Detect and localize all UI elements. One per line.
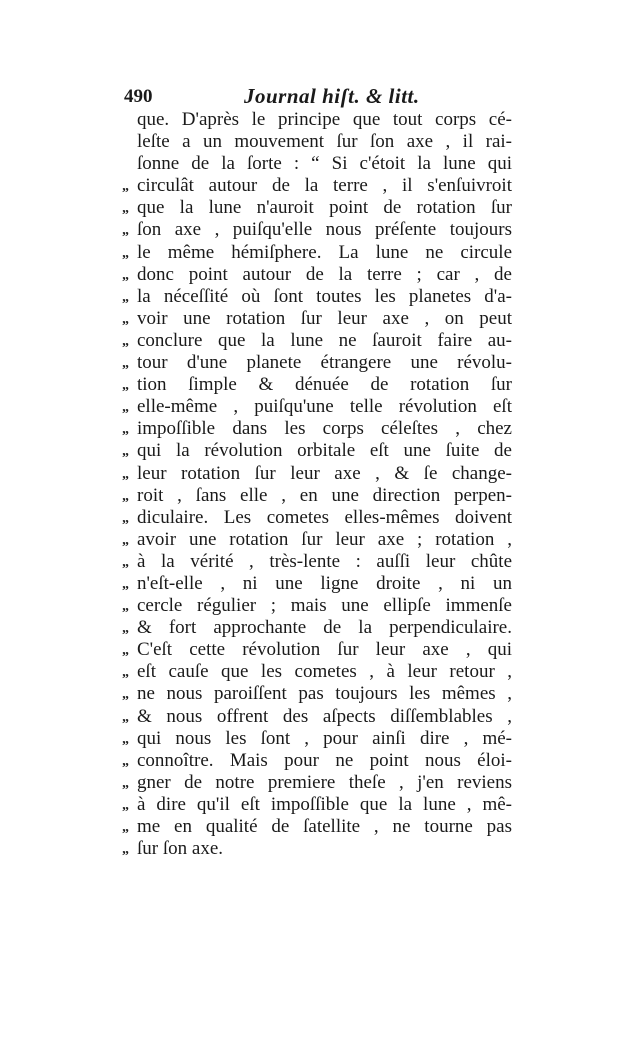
quote-mark: „ <box>122 287 136 309</box>
line-text: ſonne de la ſorte : “ Si c'étoit la lune… <box>137 153 512 175</box>
quote-mark: „ <box>122 220 136 242</box>
line-text: & fort approchante de la perpendiculaire… <box>137 617 512 639</box>
quote-mark: „ <box>122 552 136 574</box>
text-line: „que la lune n'auroit point de rotation … <box>122 197 512 219</box>
line-text: eſt cauſe que les cometes , à leur retou… <box>137 661 512 683</box>
quote-mark: „ <box>122 419 136 441</box>
quote-mark: „ <box>122 331 136 353</box>
quote-mark: „ <box>122 640 136 662</box>
text-line: „connoître. Mais pour ne point nous éloi… <box>122 750 512 772</box>
line-text: leſte a un mouvement ſur ſon axe , il ra… <box>137 131 512 153</box>
quote-mark: „ <box>122 817 136 839</box>
text-line: „qui nous les ſont , pour ainſi dire , m… <box>122 728 512 750</box>
text-line: „C'eſt cette révolution ſur leur axe , q… <box>122 639 512 661</box>
text-line: „avoir une rotation ſur leur axe ; rotat… <box>122 529 512 551</box>
page-header: 490 Journal hiſt. & litt. <box>124 84 508 110</box>
text-line: „leur rotation ſur leur axe , & ſe chang… <box>122 463 512 485</box>
line-text: à la vérité , très-lente : auſſi leur ch… <box>137 551 512 573</box>
quote-mark: „ <box>122 486 136 508</box>
line-text: me en qualité de ſatellite , ne tourne p… <box>137 816 512 838</box>
text-line: leſte a un mouvement ſur ſon axe , il ra… <box>122 131 512 153</box>
book-page: 490 Journal hiſt. & litt. que. D'après l… <box>0 0 640 1043</box>
text-line: „ſur ſon axe. <box>122 838 512 860</box>
line-text: diculaire. Les cometes elles-mêmes doive… <box>137 507 512 529</box>
text-line: „cercle régulier ; mais une ellipſe imme… <box>122 595 512 617</box>
line-text: roit , ſans elle , en une direction perp… <box>137 485 512 507</box>
text-line: „conclure que la lune ne ſauroit faire a… <box>122 330 512 352</box>
text-line: „n'eſt-elle , ni une ligne droite , ni u… <box>122 573 512 595</box>
text-line: „& nous offrent des aſpects diſſemblable… <box>122 706 512 728</box>
quote-mark: „ <box>122 441 136 463</box>
line-text: circulât autour de la terre , il s'enſui… <box>137 175 512 197</box>
text-line: „ne nous paroiſſent pas toujours les mêm… <box>122 683 512 705</box>
quote-mark: „ <box>122 773 136 795</box>
quote-mark: „ <box>122 729 136 751</box>
line-text: que la lune n'auroit point de rotation ſ… <box>137 197 512 219</box>
line-text: conclure que la lune ne ſauroit faire au… <box>137 330 512 352</box>
line-text: n'eſt-elle , ni une ligne droite , ni un <box>137 573 512 595</box>
quote-mark: „ <box>122 508 136 530</box>
text-line: „donc point autour de la terre ; car , d… <box>122 264 512 286</box>
line-text: & nous offrent des aſpects diſſemblables… <box>137 706 512 728</box>
text-line: „tion ſimple & dénuée de rotation ſur <box>122 374 512 396</box>
quote-mark: „ <box>122 198 136 220</box>
line-text: tion ſimple & dénuée de rotation ſur <box>137 374 512 396</box>
quote-mark: „ <box>122 176 136 198</box>
quote-mark: „ <box>122 375 136 397</box>
text-line: „la néceſſité où ſont toutes les planete… <box>122 286 512 308</box>
text-line: que. D'après le principe que tout corps … <box>122 109 512 131</box>
quote-mark: „ <box>122 751 136 773</box>
line-text: impoſſible dans les corps céleſtes , che… <box>137 418 512 440</box>
line-text: la néceſſité où ſont toutes les planetes… <box>137 286 512 308</box>
text-line: „diculaire. Les cometes elles-mêmes doiv… <box>122 507 512 529</box>
line-text: voir une rotation ſur leur axe , on peut <box>137 308 512 330</box>
text-line: „le même hémiſphere. La lune ne circule <box>122 242 512 264</box>
line-text: ne nous paroiſſent pas toujours les même… <box>137 683 512 705</box>
text-line: „à dire qu'il eſt impoſſible que la lune… <box>122 794 512 816</box>
line-text: le même hémiſphere. La lune ne circule <box>137 242 512 264</box>
text-line: „& fort approchante de la perpendiculair… <box>122 617 512 639</box>
text-line: „circulât autour de la terre , il s'enſu… <box>122 175 512 197</box>
line-text: tour d'une planete étrangere une révolu- <box>137 352 512 374</box>
running-title: Journal hiſt. & litt. <box>244 84 420 109</box>
line-text: ſon axe , puiſqu'elle nous préſente touj… <box>137 219 512 241</box>
quote-mark: „ <box>122 662 136 684</box>
quote-mark: „ <box>122 464 136 486</box>
page-number: 490 <box>124 86 153 108</box>
text-line: „me en qualité de ſatellite , ne tourne … <box>122 816 512 838</box>
text-line: „impoſſible dans les corps céleſtes , ch… <box>122 418 512 440</box>
quote-mark: „ <box>122 309 136 331</box>
body-text: que. D'après le principe que tout corps … <box>122 109 512 860</box>
quote-mark: „ <box>122 618 136 640</box>
quote-mark: „ <box>122 574 136 596</box>
line-text: leur rotation ſur leur axe , & ſe change… <box>137 463 512 485</box>
quote-mark: „ <box>122 684 136 706</box>
quote-mark: „ <box>122 353 136 375</box>
quote-mark: „ <box>122 397 136 419</box>
line-text: gner de notre premiere theſe , j'en revi… <box>137 772 512 794</box>
line-text: avoir une rotation ſur leur axe ; rotati… <box>137 529 512 551</box>
text-line: „eſt cauſe que les cometes , à leur reto… <box>122 661 512 683</box>
quote-mark: „ <box>122 265 136 287</box>
quote-mark: „ <box>122 795 136 817</box>
text-line: „gner de notre premiere theſe , j'en rev… <box>122 772 512 794</box>
quote-mark: „ <box>122 707 136 729</box>
line-text: cercle régulier ; mais une ellipſe immen… <box>137 595 512 617</box>
text-line: ſonne de la ſorte : “ Si c'étoit la lune… <box>122 153 512 175</box>
text-line: „voir une rotation ſur leur axe , on peu… <box>122 308 512 330</box>
text-line: „tour d'une planete étrangere une révolu… <box>122 352 512 374</box>
quote-mark: „ <box>122 596 136 618</box>
line-text: connoître. Mais pour ne point nous éloi- <box>137 750 512 772</box>
line-text: que. D'après le principe que tout corps … <box>137 109 512 131</box>
text-line: „à la vérité , très-lente : auſſi leur c… <box>122 551 512 573</box>
text-line: „roit , ſans elle , en une direction per… <box>122 485 512 507</box>
line-text: donc point autour de la terre ; car , de <box>137 264 512 286</box>
line-text: qui la révolution orbitale eſt une ſuite… <box>137 440 512 462</box>
line-text: ſur ſon axe. <box>137 838 512 860</box>
text-line: „ſon axe , puiſqu'elle nous préſente tou… <box>122 219 512 241</box>
line-text: elle-même , puiſqu'une telle révolution … <box>137 396 512 418</box>
line-text: qui nous les ſont , pour ainſi dire , mé… <box>137 728 512 750</box>
line-text: à dire qu'il eſt impoſſible que la lune … <box>137 794 512 816</box>
quote-mark: „ <box>122 839 136 861</box>
text-line: „qui la révolution orbitale eſt une ſuit… <box>122 440 512 462</box>
line-text: C'eſt cette révolution ſur leur axe , qu… <box>137 639 512 661</box>
text-line: „elle-même , puiſqu'une telle révolution… <box>122 396 512 418</box>
quote-mark: „ <box>122 243 136 265</box>
quote-mark: „ <box>122 530 136 552</box>
